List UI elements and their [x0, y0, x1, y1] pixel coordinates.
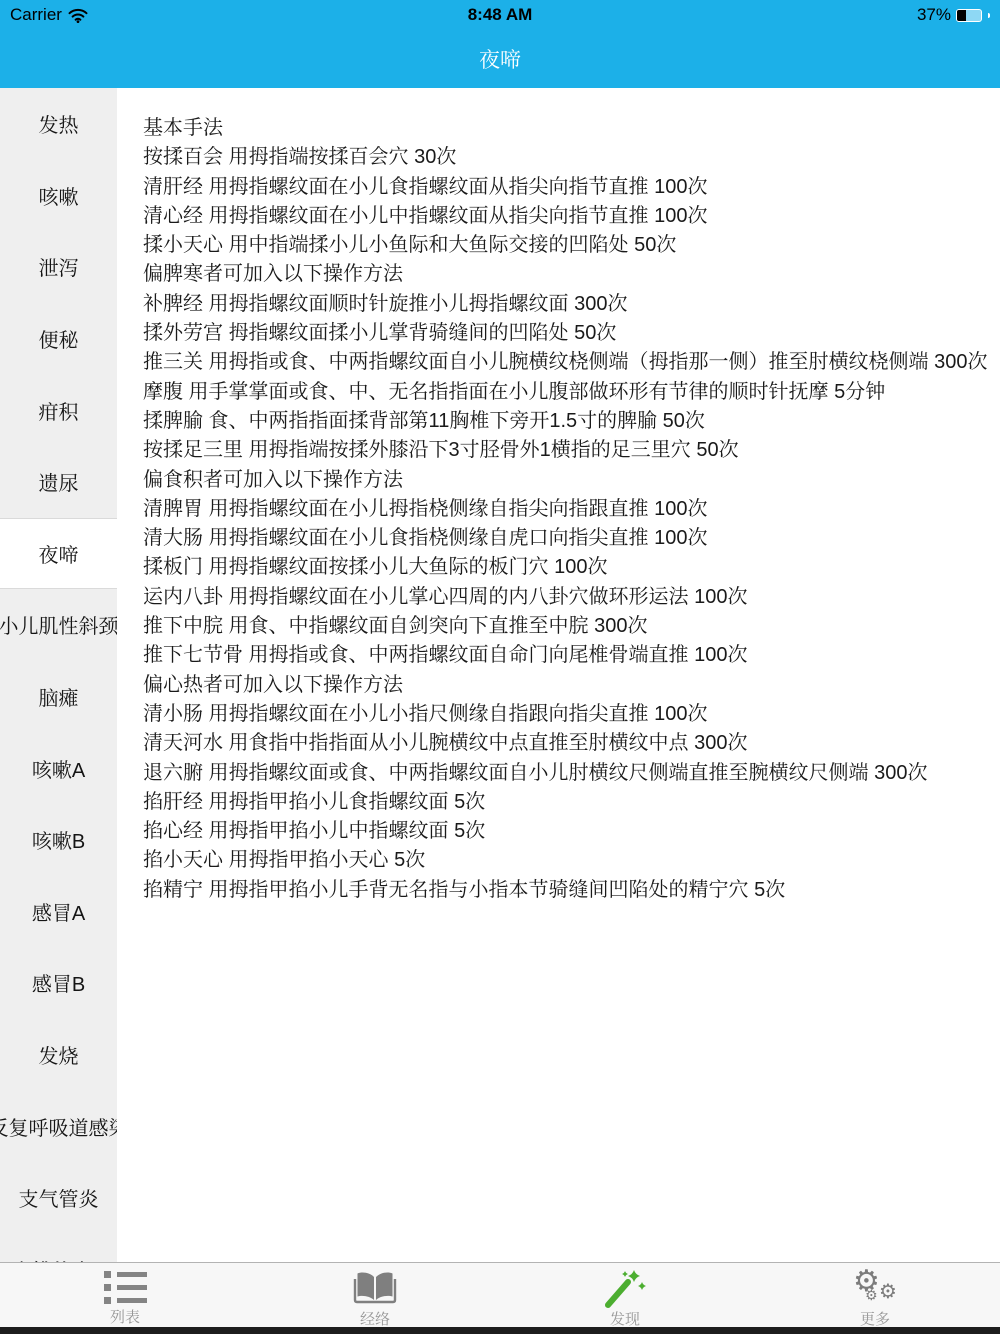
sidebar-item[interactable]: 泄泻 [0, 231, 117, 303]
sidebar-item-label: 发烧 [39, 1040, 79, 1069]
tab-bar: 列表 经络 发现 ⚙ ⚙ ⚙ [0, 1262, 1000, 1327]
content-line: 按揉足三里 用拇指端按揉外膝沿下3寸胫骨外1横指的足三里穴 50次 [143, 436, 992, 465]
sidebar-item-label: 咳嗽A [32, 754, 85, 783]
sidebar-item[interactable]: 疳积 [0, 374, 117, 446]
content-line: 清小肠 用拇指螺纹面在小儿小指尺侧缘自指跟向指尖直推 100次 [143, 700, 992, 729]
sidebar-item[interactable]: 反复呼吸道感染 [0, 1090, 117, 1162]
content-scroll-area[interactable]: 基本手法按揉百会 用拇指端按揉百会穴 30次清肝经 用拇指螺纹面在小儿食指螺纹面… [117, 88, 1000, 1262]
battery-percent-label: 37% [917, 5, 951, 25]
content-line: 揉小天心 用中指端揉小儿小鱼际和大鱼际交接的凹陷处 50次 [143, 231, 992, 260]
content-line: 偏心热者可加入以下操作方法 [143, 671, 992, 700]
sidebar-item[interactable]: 发烧 [0, 1019, 117, 1091]
sidebar-item-label: 发热 [39, 109, 79, 138]
sidebar-item[interactable]: 感冒A [0, 876, 117, 948]
content-line: 偏食积者可加入以下操作方法 [143, 466, 992, 495]
content-line: 揉板门 用拇指螺纹面按揉小儿大鱼际的板门穴 100次 [143, 553, 992, 582]
status-time: 8:48 AM [0, 5, 1000, 25]
sidebar-item[interactable]: 发热 [0, 88, 117, 160]
content-line: 推下中脘 用食、中指螺纹面自剑突向下直推至中脘 300次 [143, 612, 992, 641]
sidebar-item-label: 支气管炎 [19, 1183, 99, 1212]
gears-icon: ⚙ ⚙ ⚙ [851, 1270, 899, 1307]
sidebar-item-label: 泄泻 [39, 252, 79, 281]
sidebar-item[interactable]: 脑瘫 [0, 661, 117, 733]
sidebar-item[interactable]: 小儿肌性斜颈 [0, 589, 117, 661]
content-line: 摩腹 用手掌掌面或食、中、无名指指面在小儿腹部做环形有节律的顺时针抚摩 5分钟 [143, 378, 992, 407]
content-line: 清肝经 用拇指螺纹面在小儿食指螺纹面从指尖向指节直推 100次 [143, 173, 992, 202]
sidebar-item-label: 扁桃体炎A [12, 1255, 105, 1262]
sidebar-item-label: 疳积 [39, 396, 79, 425]
sidebar-item[interactable]: 咳嗽 [0, 160, 117, 232]
magic-wand-icon [603, 1269, 647, 1309]
content-line: 补脾经 用拇指螺纹面顺时针旋推小儿拇指螺纹面 300次 [143, 290, 992, 319]
content-line: 推三关 用拇指或食、中两指螺纹面自小儿腕横纹桡侧端（拇指那一侧）推至肘横纹桡侧端… [143, 348, 992, 377]
status-bar: Carrier 8:48 AM 37% [0, 0, 1000, 30]
sidebar-item[interactable]: 支气管炎 [0, 1162, 117, 1234]
sidebar-item[interactable]: 遗尿 [0, 446, 117, 518]
sidebar-item-label: 夜啼 [39, 539, 79, 568]
sidebar-item-label: 便秘 [39, 324, 79, 353]
page-title: 夜啼 [479, 44, 521, 74]
sidebar-item-label: 咳嗽 [39, 181, 79, 210]
sidebar-item[interactable]: 夜啼 [0, 518, 117, 590]
sidebar-item[interactable]: 咳嗽A [0, 732, 117, 804]
tab-meridians[interactable]: 经络 [250, 1263, 500, 1327]
content-line: 清大肠 用拇指螺纹面在小儿食指桡侧缘自虎口向指尖直推 100次 [143, 524, 992, 553]
battery-cap [988, 13, 990, 18]
bottom-edge-strip [0, 1327, 1000, 1334]
content-line: 揉脾腧 食、中两指指面揉背部第11胸椎下旁开1.5寸的脾腧 50次 [143, 407, 992, 436]
tab-discover[interactable]: 发现 [500, 1263, 750, 1327]
sidebar-item[interactable]: 感冒B [0, 947, 117, 1019]
sidebar-item[interactable]: 咳嗽B [0, 804, 117, 876]
sidebar-item[interactable]: 便秘 [0, 303, 117, 375]
content-line: 基本手法 [143, 114, 992, 143]
sidebar-item-label: 感冒A [32, 897, 85, 926]
content-line: 清脾胃 用拇指螺纹面在小儿拇指桡侧缘自指尖向指跟直推 100次 [143, 495, 992, 524]
tab-label: 更多 [860, 1308, 890, 1329]
content-line: 清天河水 用食指中指指面从小儿腕横纹中点直推至肘横纹中点 300次 [143, 729, 992, 758]
nav-bar: 夜啼 [0, 30, 1000, 88]
battery-icon [956, 9, 982, 22]
sidebar-item-label: 反复呼吸道感染 [0, 1112, 117, 1141]
tab-label: 列表 [110, 1306, 140, 1327]
sidebar-item-label: 咳嗽B [32, 825, 85, 854]
content-line: 掐肝经 用拇指甲掐小儿食指螺纹面 5次 [143, 788, 992, 817]
content-line: 按揉百会 用拇指端按揉百会穴 30次 [143, 143, 992, 172]
book-icon [352, 1270, 398, 1307]
tab-more[interactable]: ⚙ ⚙ ⚙ 更多 [750, 1263, 1000, 1327]
main-area: 发热 咳嗽 泄泻 便秘 疳积 遗尿 夜啼 小儿肌性斜颈 脑瘫 咳嗽A 咳嗽B [0, 88, 1000, 1262]
tab-list[interactable]: 列表 [0, 1263, 250, 1327]
sidebar-item-label: 小儿肌性斜颈 [0, 610, 117, 639]
sidebar-item-label: 遗尿 [39, 467, 79, 496]
sidebar-item-label: 脑瘫 [39, 682, 79, 711]
tab-label: 发现 [610, 1308, 640, 1329]
sidebar-item-label: 感冒B [32, 968, 85, 997]
content-line: 掐心经 用拇指甲掐小儿中指螺纹面 5次 [143, 817, 992, 846]
content-line: 掐精宁 用拇指甲掐小儿手背无名指与小指本节骑缝间凹陷处的精宁穴 5次 [143, 876, 992, 905]
content-line: 退六腑 用拇指螺纹面或食、中两指螺纹面自小儿肘横纹尺侧端直推至腕横纹尺侧端 30… [143, 759, 992, 788]
content-line: 掐小天心 用拇指甲掐小天心 5次 [143, 846, 992, 875]
content-line: 运内八卦 用拇指螺纹面在小儿掌心四周的内八卦穴做环形运法 100次 [143, 583, 992, 612]
content-line: 揉外劳宫 拇指螺纹面揉小儿掌背骑缝间的凹陷处 50次 [143, 319, 992, 348]
sidebar-item[interactable]: 扁桃体炎A [0, 1234, 117, 1263]
content-line: 推下七节骨 用拇指或食、中两指螺纹面自命门向尾椎骨端直推 100次 [143, 641, 992, 670]
list-icon [104, 1271, 147, 1304]
tab-label: 经络 [360, 1308, 390, 1329]
sidebar[interactable]: 发热 咳嗽 泄泻 便秘 疳积 遗尿 夜啼 小儿肌性斜颈 脑瘫 咳嗽A 咳嗽B [0, 88, 117, 1262]
content-line: 清心经 用拇指螺纹面在小儿中指螺纹面从指尖向指节直推 100次 [143, 202, 992, 231]
content-line: 偏脾寒者可加入以下操作方法 [143, 260, 992, 289]
